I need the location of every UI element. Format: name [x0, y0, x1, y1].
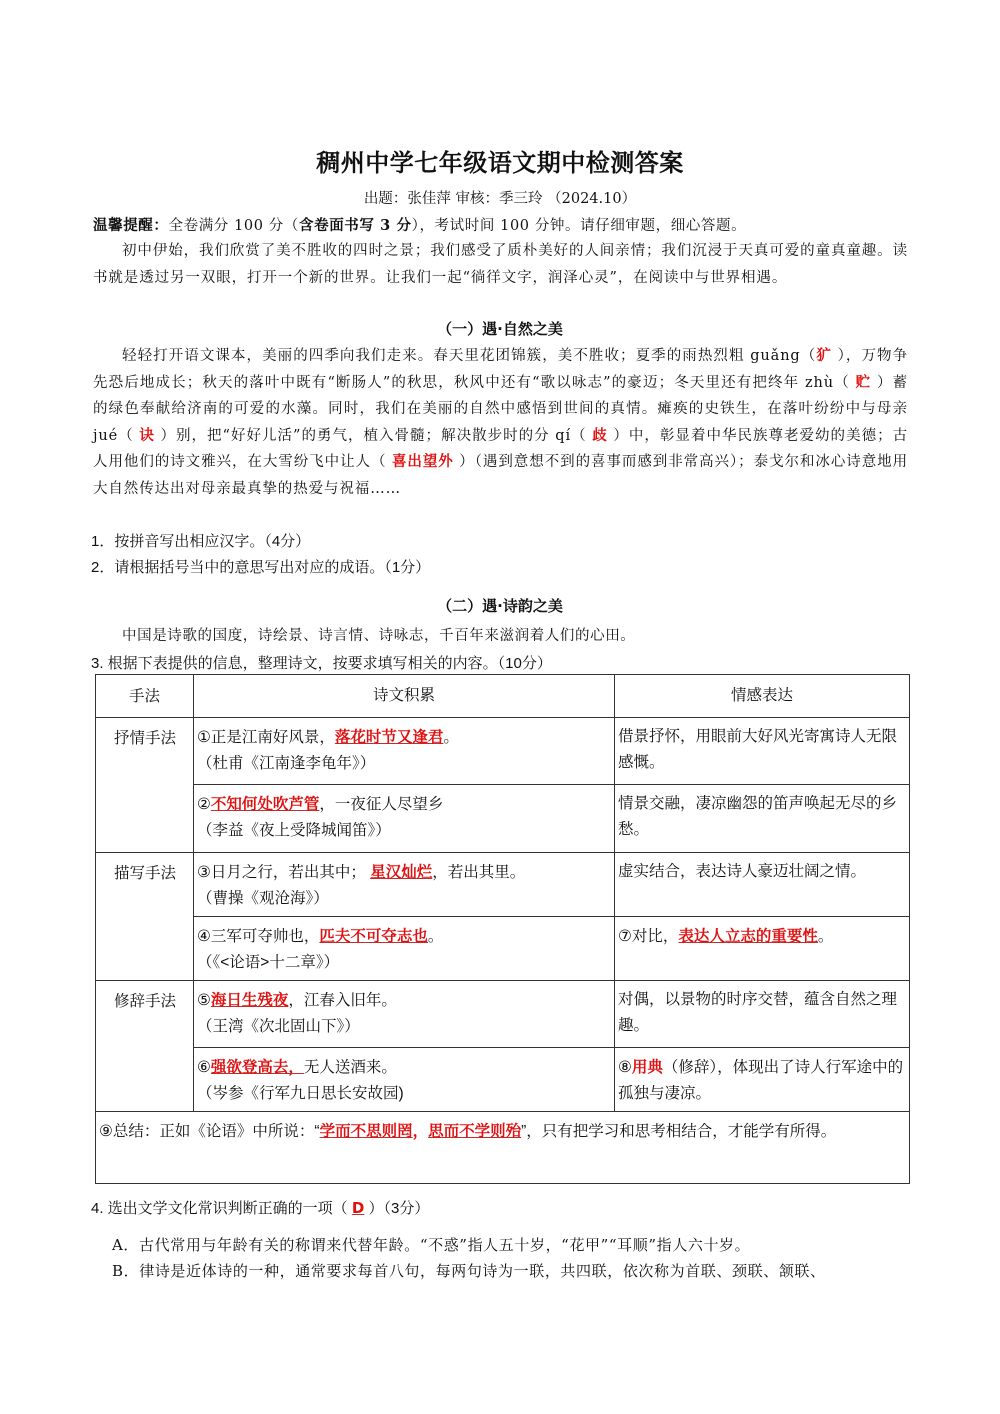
answer-6: 强欲登高去，	[211, 1058, 304, 1076]
answer-zhu: 贮	[856, 375, 872, 391]
notice-label: 温馨提醒：	[93, 217, 169, 234]
table-row: ②不知何处吹芦管，一夜征人尽望乡（李益《夜上受降城闻笛》） 情景交融，凄凉幽怨的…	[96, 785, 910, 853]
page-title: 稠州中学七年级语文期中检测答案	[0, 143, 1000, 178]
answer-8: 用典	[632, 1058, 663, 1076]
section2-intro: 中国是诗歌的国度，诗绘景、诗言情、诗咏志，千百年来滋润着人们的心田。	[93, 624, 635, 645]
question-4: 4. 选出文学文化常识判断正确的一项（ D ）（3分）	[91, 1197, 429, 1218]
emotion-cell: 情景交融，凄凉幽怨的笛声唤起无尽的乡愁。	[615, 785, 910, 853]
answer-guang: 犷	[816, 348, 832, 364]
answer-idiom: 喜出望外	[392, 454, 454, 470]
notice: 温馨提醒：全卷满分 100 分（含卷面书写 3 分），考试时间 100 分钟。请…	[93, 214, 746, 235]
poem-cell: ②不知何处吹芦管，一夜征人尽望乡（李益《夜上受降城闻笛》）	[194, 785, 615, 853]
table-row: 抒情手法 ①正是江南好风景，落花时节又逢君。（杜甫《江南逢李龟年》） 借景抒怀，…	[96, 718, 910, 785]
category-description: 描写手法	[96, 853, 194, 981]
category-rhetoric: 修辞手法	[96, 981, 194, 1112]
table-row: ⑥强欲登高去，无人送酒来。（岑参《行军九日思长安故园) ⑧用典（修辞），体现出了…	[96, 1048, 910, 1112]
notice-bold: 含卷面书写 3 分	[299, 217, 412, 234]
author-line: 出题：张佳萍 审核：季三玲 （2024.10）	[0, 187, 1000, 208]
emotion-cell: 虚实结合，表达诗人豪迈壮阔之情。	[615, 853, 910, 917]
question-1: 1．按拼音写出相应汉字。（4分）	[91, 530, 310, 551]
table-row: 修辞手法 ⑤海日生残夜，江春入旧年。（王湾《次北固山下》） 对偶，以景物的时序交…	[96, 981, 910, 1048]
summary-cell: ⑨总结：正如《论语》中所说：“学而不思则罔，思而不学则殆”，只有把学习和思考相结…	[96, 1112, 910, 1184]
option-a: A．古代常用与年龄有关的称谓来代替年龄。“不惑”指人五十岁，“花甲”“耳顺”指人…	[112, 1234, 750, 1255]
answer-5: 海日生残夜	[211, 991, 289, 1009]
category-lyric: 抒情手法	[96, 718, 194, 853]
section1-paragraph: 轻轻打开语文课本，美丽的四季向我们走来。春天里花团锦簇，美不胜收；夏季的雨热烈粗…	[93, 343, 908, 502]
answer-7: 表达人立志的重要性	[678, 927, 818, 945]
question-3: 3. 根据下表提供的信息，整理诗文，按要求填写相关的内容。（10分）	[91, 652, 552, 673]
emotion-cell: 对偶，以景物的时序交替，蕴含自然之理趣。	[615, 981, 910, 1048]
poetry-table: 手法 诗文积累 情感表达 抒情手法 ①正是江南好风景，落花时节又逢君。（杜甫《江…	[95, 674, 910, 1184]
header-technique: 手法	[96, 675, 194, 718]
answer-9a: 学而不思则罔	[320, 1122, 413, 1140]
emotion-cell: ⑦对比，表达人立志的重要性。	[615, 917, 910, 981]
answer-4: 匹夫不可夺志也	[319, 927, 428, 945]
poem-cell: ⑤海日生残夜，江春入旧年。（王湾《次北固山下》）	[194, 981, 615, 1048]
section1-heading: （一）遇·自然之美	[0, 318, 1000, 339]
header-poems: 诗文积累	[194, 675, 615, 718]
answer-qi: 歧	[592, 428, 608, 444]
answer-q4: D	[352, 1199, 364, 1217]
poem-cell: ③日月之行，若出其中； 星汉灿烂，若出其里。（曹操《观沧海》）	[194, 853, 615, 917]
summary-row: ⑨总结：正如《论语》中所说：“学而不思则罔，思而不学则殆”，只有把学习和思考相结…	[96, 1112, 910, 1184]
intro-paragraph: 初中伊始，我们欣赏了美不胜收的四时之景；我们感受了质朴美好的人间亲情；我们沉浸于…	[93, 238, 908, 291]
poem-cell: ④三军可夺帅也，匹夫不可夺志也。（《<论语>十二章》）	[194, 917, 615, 981]
option-b: B．律诗是近体诗的一种，通常要求每首八句，每两句诗为一联，共四联，依次称为首联、…	[112, 1260, 826, 1281]
answer-3: 星汉灿烂	[370, 863, 432, 881]
answer-9b: 思而不学则殆	[428, 1122, 521, 1140]
section2-heading: （二）遇·诗韵之美	[0, 595, 1000, 616]
table-row: 描写手法 ③日月之行，若出其中； 星汉灿烂，若出其里。（曹操《观沧海》） 虚实结…	[96, 853, 910, 917]
answer-jue: 诀	[139, 428, 155, 444]
answer-1: 落花时节又逢君	[335, 728, 444, 746]
header-emotion: 情感表达	[615, 675, 910, 718]
table-header-row: 手法 诗文积累 情感表达	[96, 675, 910, 718]
poem-cell: ①正是江南好风景，落花时节又逢君。（杜甫《江南逢李龟年》）	[194, 718, 615, 785]
question-2: 2．请根据括号当中的意思写出对应的成语。（1分）	[91, 556, 430, 577]
emotion-cell: ⑧用典（修辞），体现出了诗人行军途中的孤独与凄凉。	[615, 1048, 910, 1112]
answer-2: 不知何处吹芦管	[211, 795, 320, 813]
emotion-cell: 借景抒怀，用眼前大好风光寄寓诗人无限感慨。	[615, 718, 910, 785]
table-row: ④三军可夺帅也，匹夫不可夺志也。（《<论语>十二章》） ⑦对比，表达人立志的重要…	[96, 917, 910, 981]
poem-cell: ⑥强欲登高去，无人送酒来。（岑参《行军九日思长安故园)	[194, 1048, 615, 1112]
